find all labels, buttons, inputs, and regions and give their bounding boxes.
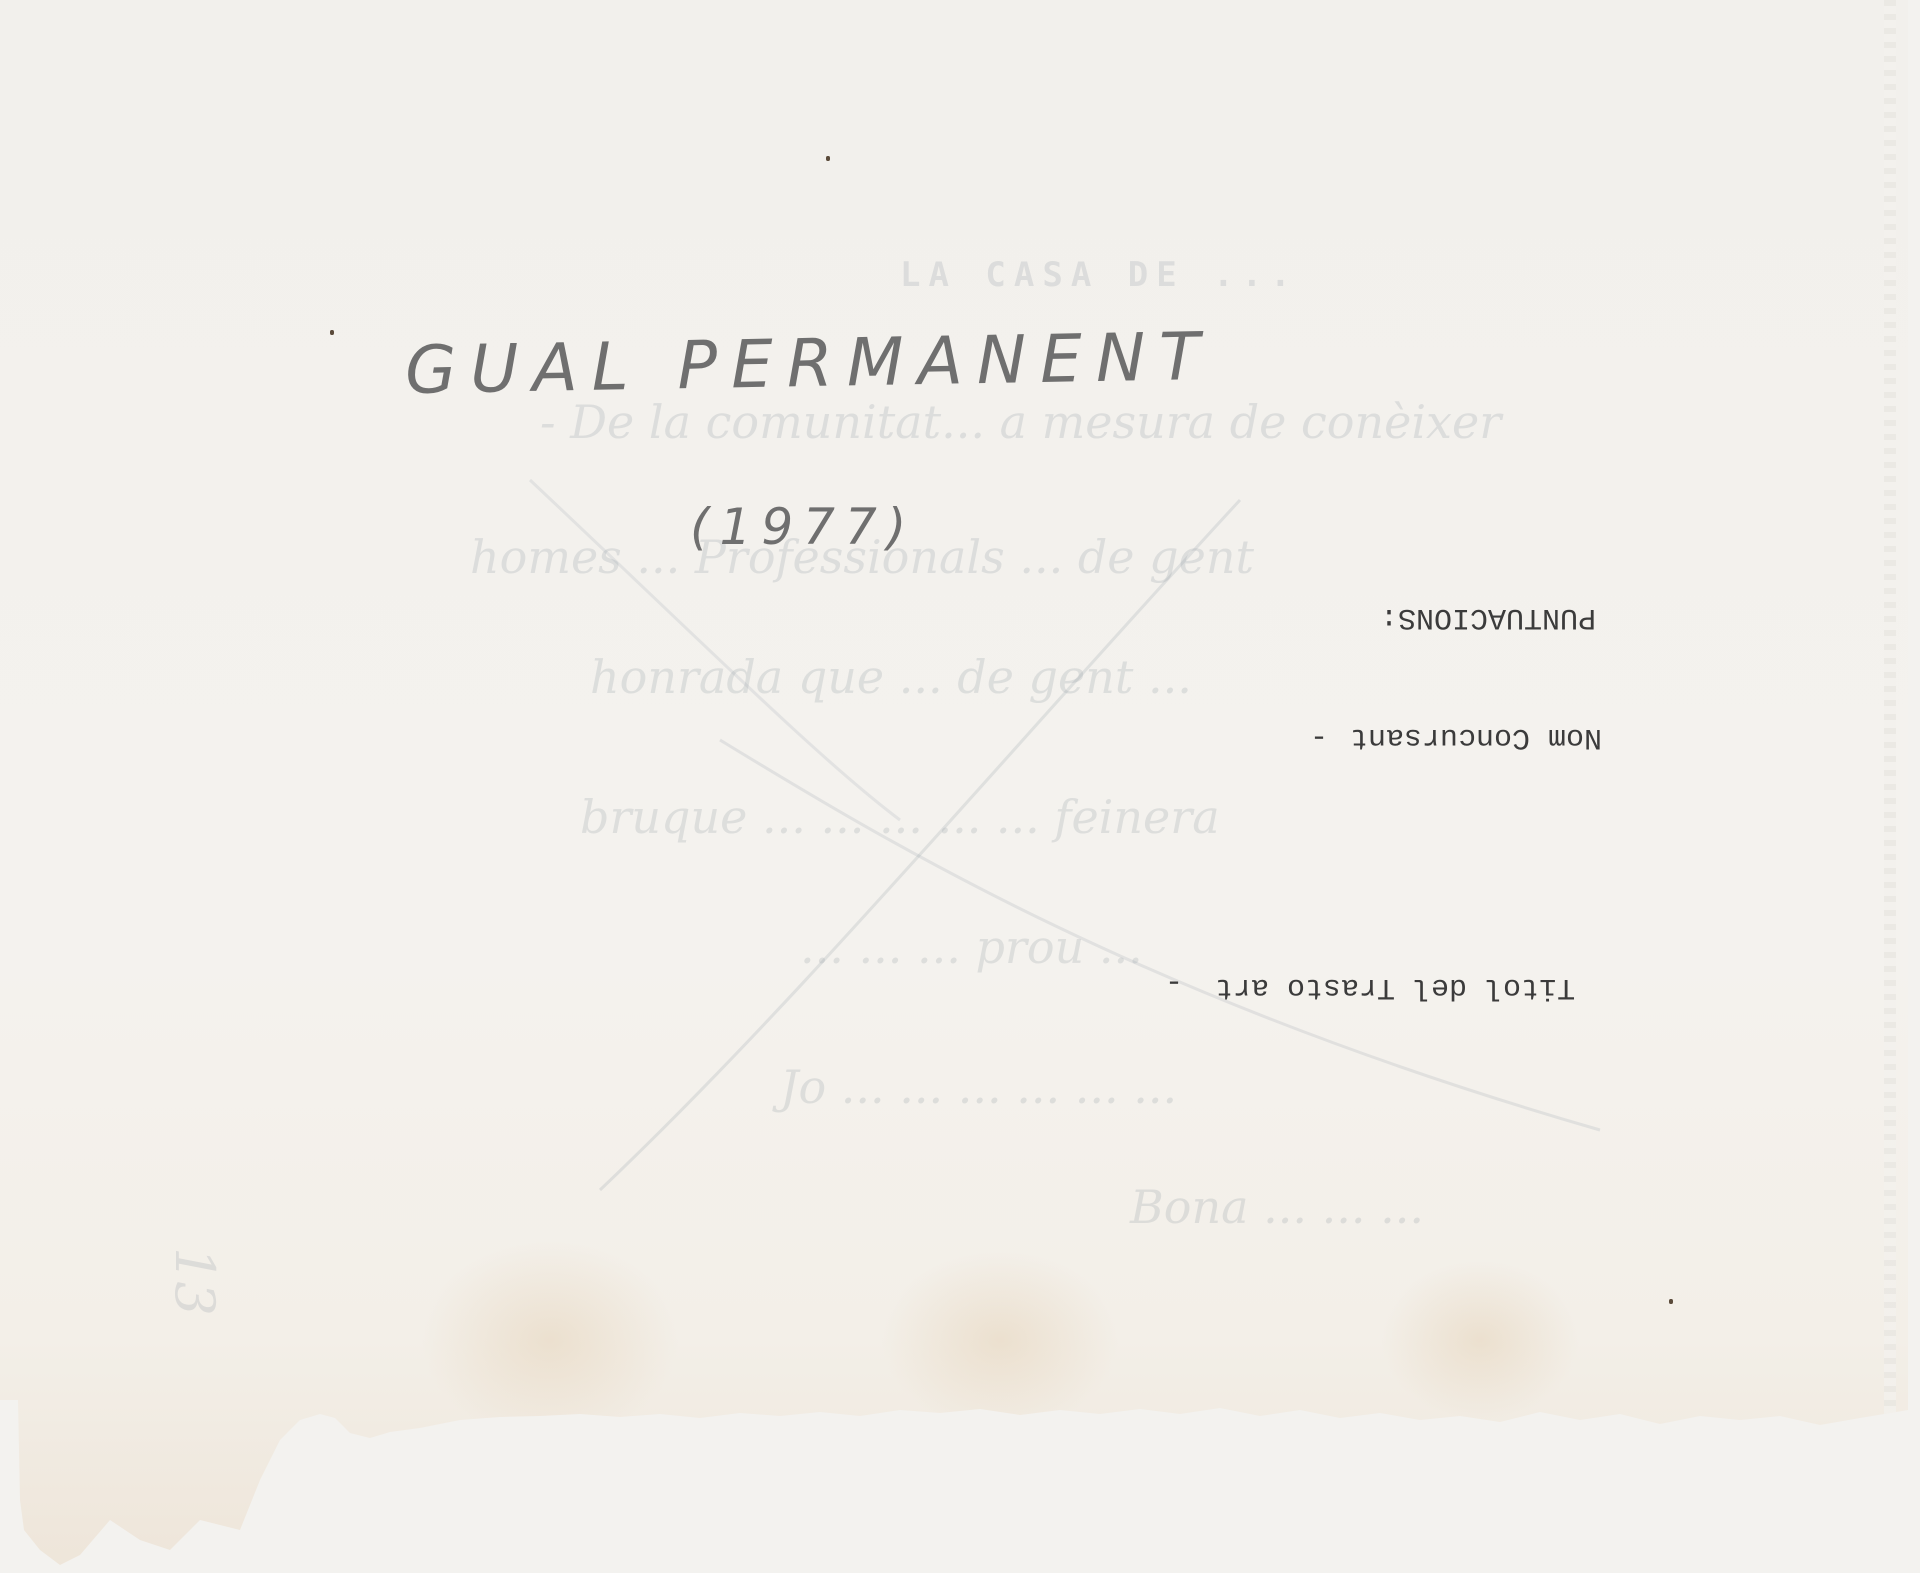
paper-stain <box>1380 1260 1580 1420</box>
paper-sheet: LA CASA DE ... - De la comunitat... a me… <box>0 0 1908 1573</box>
bleed-through-line: bruque ... ... ... ... ... feinera <box>580 790 1220 844</box>
bleed-through-line: honrada que ... de gent ... <box>590 650 1192 704</box>
paper-speck <box>826 156 830 161</box>
sheet-right-edge <box>1884 0 1896 1418</box>
typed-work-title-label: Titol del Trasto art <box>1215 970 1575 1004</box>
paper-speck <box>330 330 334 335</box>
typed-scores-label: PUNTUACIONS: <box>1380 600 1596 634</box>
paper-stain <box>880 1250 1120 1430</box>
handwritten-title: GUAL PERMANENT <box>404 318 1214 409</box>
bleed-through-line: Bona ... ... ... <box>1130 1180 1424 1234</box>
typed-work-title-dash: - <box>1165 965 1183 999</box>
typed-contestant-label: Nom Concursant <box>1350 720 1602 754</box>
paper-speck <box>1669 1299 1673 1304</box>
typed-contestant-dash: - <box>1310 720 1328 754</box>
bleed-through-line: ... ... ... prou ... <box>800 920 1143 974</box>
paper-stain <box>420 1240 680 1440</box>
bleed-through-line: Jo ... ... ... ... ... ... <box>780 1060 1177 1114</box>
handwritten-year: (1977) <box>690 498 916 556</box>
bleed-through-heading: LA CASA DE ... <box>900 255 1299 295</box>
margin-number: 13 <box>163 1247 226 1316</box>
